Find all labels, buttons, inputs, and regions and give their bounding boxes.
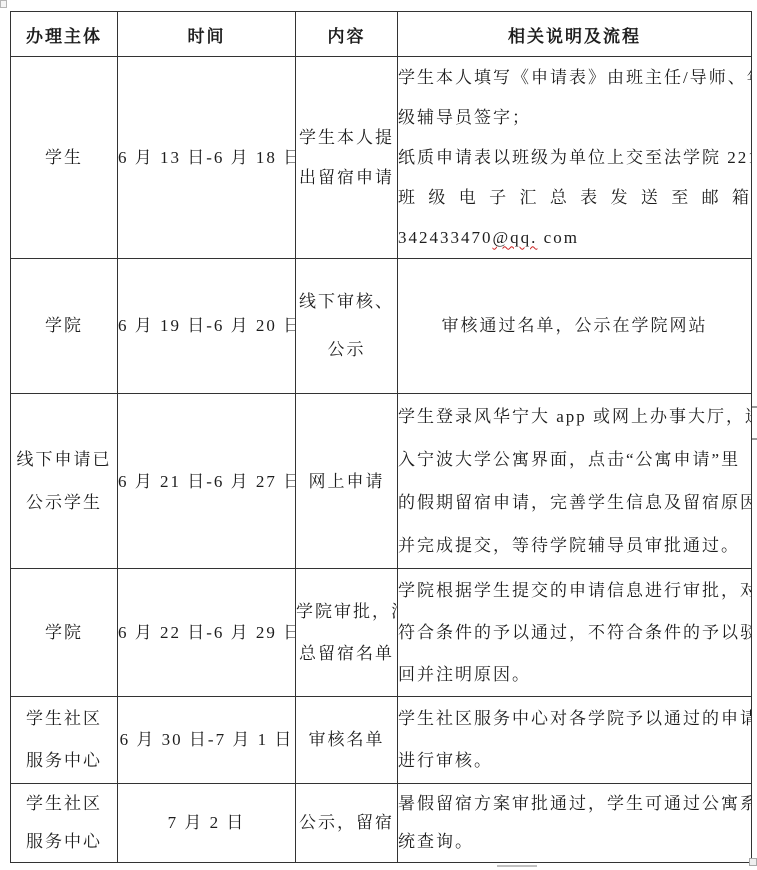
cell-detail[interactable]: 审核通过名单，公示在学院网站 xyxy=(398,259,752,394)
cell-content[interactable]: 公示，留宿 xyxy=(296,784,398,863)
detail-line: 审核通过名单，公示在学院网站 xyxy=(398,302,751,350)
detail-line: 班 级 电 子 汇 总 表 发 送 至 邮 箱 xyxy=(398,178,751,218)
right-edge-mark xyxy=(752,438,757,440)
cell-subject[interactable]: 学院 xyxy=(11,569,118,697)
cell-detail[interactable]: 学院根据学生提交的申请信息进行审批，对符合条件的予以通过，不符合条件的予以驳回并… xyxy=(398,569,752,697)
detail-text: 学生本人填写《申请表》由班主任/导师、年 xyxy=(398,68,752,87)
detail-text: 并完成提交，等待学院辅导员审批通过。 xyxy=(398,536,740,555)
detail-line: 学生本人填写《申请表》由班主任/导师、年 xyxy=(398,58,751,98)
detail-text: 纸质申请表以班级为单位上交至法学院 221， xyxy=(398,148,752,167)
cell-content[interactable]: 网上申请 xyxy=(296,394,398,569)
cell-detail[interactable]: 学生社区服务中心对各学院予以通过的申请进行审核。 xyxy=(398,697,752,784)
schedule-table: 办理主体时间内容相关说明及流程 学生6 月 13 日-6 月 18 日学生本人提… xyxy=(10,11,752,863)
detail-text: 进行审核。 xyxy=(398,751,493,770)
cell-subject[interactable]: 学生社区 服务中心 xyxy=(11,784,118,863)
column-header[interactable]: 内容 xyxy=(296,12,398,57)
table-resize-handle-icon[interactable] xyxy=(749,858,757,866)
table-row: 线下申请已 公示学生6 月 21 日-6 月 27 日网上申请学生登录风华宁大 … xyxy=(11,394,752,569)
table-row: 学生社区 服务中心6 月 30 日-7 月 1 日审核名单学生社区服务中心对各学… xyxy=(11,697,752,784)
right-edge-mark xyxy=(752,406,757,408)
detail-text: 符合条件的予以通过，不符合条件的予以驳 xyxy=(398,623,752,642)
detail-text: 班 级 电 子 汇 总 表 发 送 至 邮 箱 xyxy=(398,188,751,207)
detail-line: 级辅导员签字； xyxy=(398,98,751,138)
detail-text: 暑假留宿方案审批通过，学生可通过公寓系 xyxy=(398,794,752,813)
cell-subject[interactable]: 学生 xyxy=(11,57,118,259)
table-row: 学生6 月 13 日-6 月 18 日学生本人提 出留宿申请学生本人填写《申请表… xyxy=(11,57,752,259)
spellcheck-underlined-text: @qq. xyxy=(493,228,538,247)
column-header[interactable]: 相关说明及流程 xyxy=(398,12,752,57)
cell-time[interactable]: 6 月 13 日-6 月 18 日 xyxy=(118,57,296,259)
cell-time[interactable]: 6 月 30 日-7 月 1 日 xyxy=(118,697,296,784)
cell-subject[interactable]: 学院 xyxy=(11,259,118,394)
cell-detail[interactable]: 学生本人填写《申请表》由班主任/导师、年级辅导员签字；纸质申请表以班级为单位上交… xyxy=(398,57,752,259)
cell-time[interactable]: 6 月 19 日-6 月 20 日 xyxy=(118,259,296,394)
cell-content[interactable]: 学院审批，汇 总留宿名单 xyxy=(296,569,398,697)
detail-text: 学生登录风华宁大 app 或网上办事大厅，进 xyxy=(398,407,752,426)
detail-text: com xyxy=(537,228,579,247)
detail-line: 符合条件的予以通过，不符合条件的予以驳 xyxy=(398,612,751,654)
detail-text: 学院根据学生提交的申请信息进行审批，对 xyxy=(398,581,752,600)
table-row: 学生社区 服务中心7 月 2 日公示，留宿暑假留宿方案审批通过，学生可通过公寓系… xyxy=(11,784,752,863)
detail-text: 342433470 xyxy=(398,228,493,247)
cell-time[interactable]: 6 月 22 日-6 月 29 日 xyxy=(118,569,296,697)
cell-subject[interactable]: 学生社区 服务中心 xyxy=(11,697,118,784)
table-header-row: 办理主体时间内容相关说明及流程 xyxy=(11,12,752,57)
cell-time[interactable]: 7 月 2 日 xyxy=(118,784,296,863)
detail-text: 的假期留宿申请，完善学生信息及留宿原因 xyxy=(398,493,752,512)
cell-content[interactable]: 线下审核、 公示 xyxy=(296,259,398,394)
detail-line: 暑假留宿方案审批通过，学生可通过公寓系 xyxy=(398,785,751,823)
cell-subject[interactable]: 线下申请已 公示学生 xyxy=(11,394,118,569)
cell-time[interactable]: 6 月 21 日-6 月 27 日 xyxy=(118,394,296,569)
detail-line: 342433470@qq. com xyxy=(398,218,751,258)
detail-text: 级辅导员签字； xyxy=(398,108,531,127)
detail-line: 纸质申请表以班级为单位上交至法学院 221， xyxy=(398,138,751,178)
detail-text: 审核通过名单，公示在学院网站 xyxy=(442,316,708,335)
detail-text: 回并注明原因。 xyxy=(398,665,531,684)
document-page: 办理主体时间内容相关说明及流程 学生6 月 13 日-6 月 18 日学生本人提… xyxy=(0,0,757,870)
detail-line: 入宁波大学公寓界面，点击“公寓申请”里 xyxy=(398,438,751,481)
bottom-edge-mark xyxy=(497,865,537,867)
detail-text: 统查询。 xyxy=(398,832,474,851)
column-header[interactable]: 办理主体 xyxy=(11,12,118,57)
detail-line: 统查询。 xyxy=(398,823,751,861)
detail-text: 入宁波大学公寓界面，点击“公寓申请”里 xyxy=(398,450,740,469)
detail-line: 学生登录风华宁大 app 或网上办事大厅，进 xyxy=(398,395,751,438)
detail-text: 学生社区服务中心对各学院予以通过的申请 xyxy=(398,709,752,728)
cell-content[interactable]: 学生本人提 出留宿申请 xyxy=(296,57,398,259)
detail-line: 回并注明原因。 xyxy=(398,654,751,696)
detail-line: 的假期留宿申请，完善学生信息及留宿原因 xyxy=(398,481,751,524)
cell-detail[interactable]: 学生登录风华宁大 app 或网上办事大厅，进入宁波大学公寓界面，点击“公寓申请”… xyxy=(398,394,752,569)
detail-line: 并完成提交，等待学院辅导员审批通过。 xyxy=(398,524,751,567)
cell-content[interactable]: 审核名单 xyxy=(296,697,398,784)
cell-detail[interactable]: 暑假留宿方案审批通过，学生可通过公寓系统查询。 xyxy=(398,784,752,863)
detail-line: 学院根据学生提交的申请信息进行审批，对 xyxy=(398,570,751,612)
detail-line: 进行审核。 xyxy=(398,740,751,782)
table-move-handle-icon[interactable] xyxy=(0,0,7,8)
table-row: 学院6 月 22 日-6 月 29 日学院审批，汇 总留宿名单学院根据学生提交的… xyxy=(11,569,752,697)
column-header[interactable]: 时间 xyxy=(118,12,296,57)
detail-line: 学生社区服务中心对各学院予以通过的申请 xyxy=(398,698,751,740)
table-row: 学院6 月 19 日-6 月 20 日线下审核、 公示审核通过名单，公示在学院网… xyxy=(11,259,752,394)
